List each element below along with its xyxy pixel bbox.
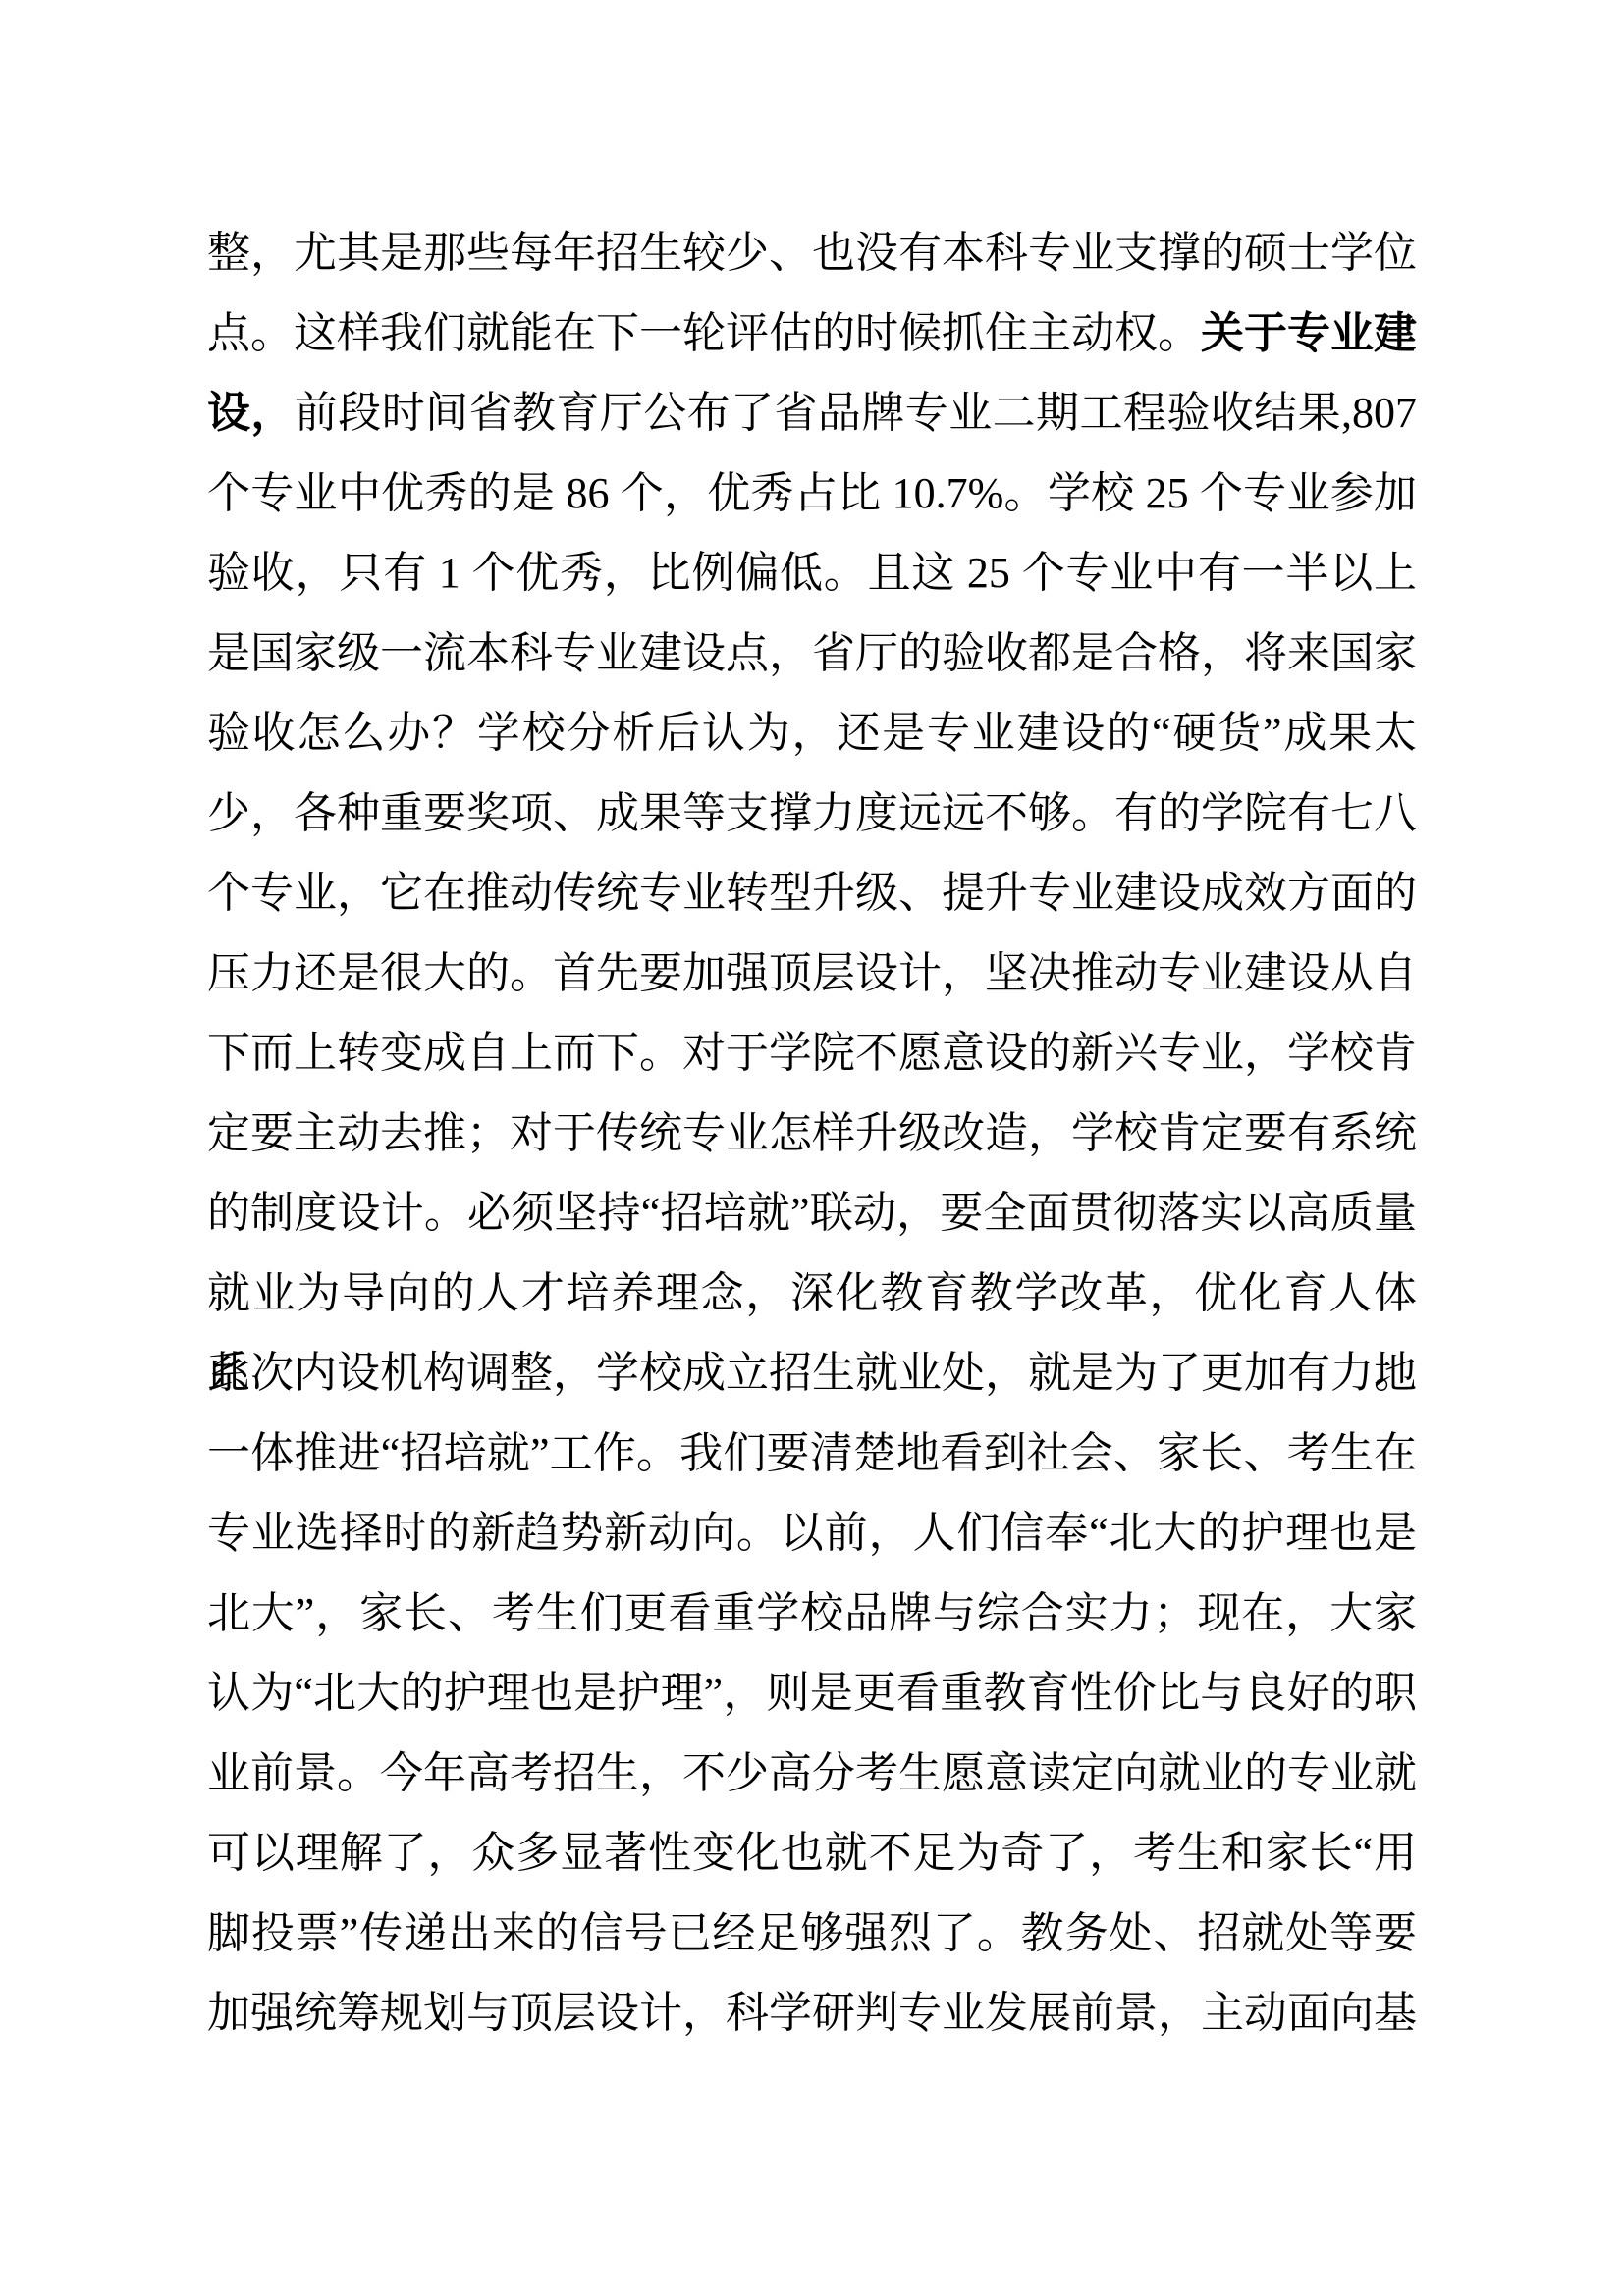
- text-segment: 整，尤其是那些每年招生较少、也没有本科专业支撑的硕士学位: [207, 229, 1417, 277]
- text-line: 个专业中优秀的是 86 个，优秀占比 10.7%。学校 25 个专业参加: [207, 454, 1417, 534]
- text-line: 设，前段时间省教育厅公布了省品牌专业二期工程验收结果,807: [207, 373, 1417, 454]
- text-segment: 可以理解了，众多显著性变化也就不足为奇了，考生和家长“用: [207, 1829, 1417, 1877]
- text-line: 的制度设计。必须坚持“招培就”联动，要全面贯彻落实以高质量: [207, 1173, 1417, 1254]
- text-segment: 少，各种重要奖项、成果等支撑力度远远不够。有的学院有七八: [207, 789, 1417, 837]
- text-line: 脚投票”传递出来的信号已经足够强烈了。教务处、招就处等要: [207, 1894, 1417, 1974]
- text-segment: 业前景。今年高考招生，不少高分考生愿意读定向就业的专业就: [207, 1749, 1417, 1797]
- text-segment: 此次内设机构调整，学校成立招生就业处，就是为了更加有力地: [207, 1349, 1417, 1397]
- text-line: 定要主动去推；对于传统专业怎样升级改造，学校肯定要有系统: [207, 1094, 1417, 1174]
- text-line: 点。这样我们就能在下一轮评估的时候抓住主动权。关于专业建: [207, 294, 1417, 374]
- text-segment: 个专业，它在推动传统专业转型升级、提升专业建设成效方面的: [207, 869, 1417, 917]
- text-line: 下而上转变成自上而下。对于学院不愿意设的新兴专业，学校肯: [207, 1013, 1417, 1094]
- text-segment: 验收，只有 1 个优秀，比例偏低。且这 25 个专业中有一半以上: [207, 549, 1417, 597]
- text-line: 业前景。今年高考招生，不少高分考生愿意读定向就业的专业就: [207, 1734, 1417, 1814]
- text-line: 认为“北大的护理也是护理”，则是更看重教育性价比与良好的职: [207, 1653, 1417, 1734]
- text-segment: 个专业中优秀的是 86 个，优秀占比 10.7%。学校 25 个专业参加: [207, 469, 1417, 517]
- text-segment: 定要主动去推；对于传统专业怎样升级改造，学校肯定要有系统: [207, 1109, 1417, 1157]
- text-segment: 的制度设计。必须坚持“招培就”联动，要全面贯彻落实以高质量: [207, 1189, 1417, 1237]
- text-line: 此次内设机构调整，学校成立招生就业处，就是为了更加有力地: [207, 1333, 1417, 1414]
- body-text: 整，尤其是那些每年招生较少、也没有本科专业支撑的硕士学位点。这样我们就能在下一轮…: [207, 213, 1417, 2054]
- text-segment: 前段时间省教育厅公布了省品牌专业二期工程验收结果,807: [295, 389, 1417, 437]
- text-line: 可以理解了，众多显著性变化也就不足为奇了，考生和家长“用: [207, 1813, 1417, 1894]
- text-segment: 认为“北大的护理也是护理”，则是更看重教育性价比与良好的职: [207, 1669, 1417, 1717]
- text-line: 北大”，家长、考生们更看重学校品牌与综合实力；现在，大家: [207, 1574, 1417, 1654]
- document-page: 整，尤其是那些每年招生较少、也没有本科专业支撑的硕士学位点。这样我们就能在下一轮…: [0, 0, 1624, 2296]
- text-line: 是国家级一流本科专业建设点，省厅的验收都是合格，将来国家: [207, 614, 1417, 694]
- text-line: 加强统筹规划与顶层设计，科学研判专业发展前景，主动面向基: [207, 1973, 1417, 2054]
- text-segment: 北大”，家长、考生们更看重学校品牌与综合实力；现在，大家: [207, 1589, 1417, 1637]
- text-segment: 加强统筹规划与顶层设计，科学研判专业发展前景，主动面向基: [207, 1989, 1417, 2037]
- text-line: 个专业，它在推动传统专业转型升级、提升专业建设成效方面的: [207, 853, 1417, 934]
- text-line: 验收，只有 1 个优秀，比例偏低。且这 25 个专业中有一半以上: [207, 533, 1417, 614]
- bold-text-segment: 设，: [207, 389, 295, 437]
- text-segment: 一体推进“招培就”工作。我们要清楚地看到社会、家长、考生在: [207, 1429, 1417, 1477]
- text-segment: 是国家级一流本科专业建设点，省厅的验收都是合格，将来国家: [207, 629, 1417, 677]
- text-line: 整，尤其是那些每年招生较少、也没有本科专业支撑的硕士学位: [207, 213, 1417, 294]
- text-segment: 验收怎么办？学校分析后认为，还是专业建设的“硬货”成果太: [207, 709, 1417, 757]
- text-line: 压力还是很大的。首先要加强顶层设计，坚决推动专业建设从自: [207, 934, 1417, 1014]
- text-line: 验收怎么办？学校分析后认为，还是专业建设的“硬货”成果太: [207, 693, 1417, 774]
- text-segment: 脚投票”传递出来的信号已经足够强烈了。教务处、招就处等要: [207, 1909, 1417, 1957]
- text-segment: 下而上转变成自上而下。对于学院不愿意设的新兴专业，学校肯: [207, 1029, 1417, 1077]
- text-line: 一体推进“招培就”工作。我们要清楚地看到社会、家长、考生在: [207, 1414, 1417, 1494]
- bold-text-segment: 关于专业建: [1201, 309, 1417, 357]
- text-line: 就业为导向的人才培养理念，深化教育教学改革，优化育人体系。: [207, 1254, 1417, 1334]
- text-segment: 点。这样我们就能在下一轮评估的时候抓住主动权。: [207, 309, 1201, 357]
- text-line: 少，各种重要奖项、成果等支撑力度远远不够。有的学院有七八: [207, 774, 1417, 854]
- text-segment: 压力还是很大的。首先要加强顶层设计，坚决推动专业建设从自: [207, 949, 1417, 997]
- text-segment: 专业选择时的新趋势新动向。以前，人们信奉“北大的护理也是: [207, 1509, 1417, 1557]
- text-line: 专业选择时的新趋势新动向。以前，人们信奉“北大的护理也是: [207, 1493, 1417, 1574]
